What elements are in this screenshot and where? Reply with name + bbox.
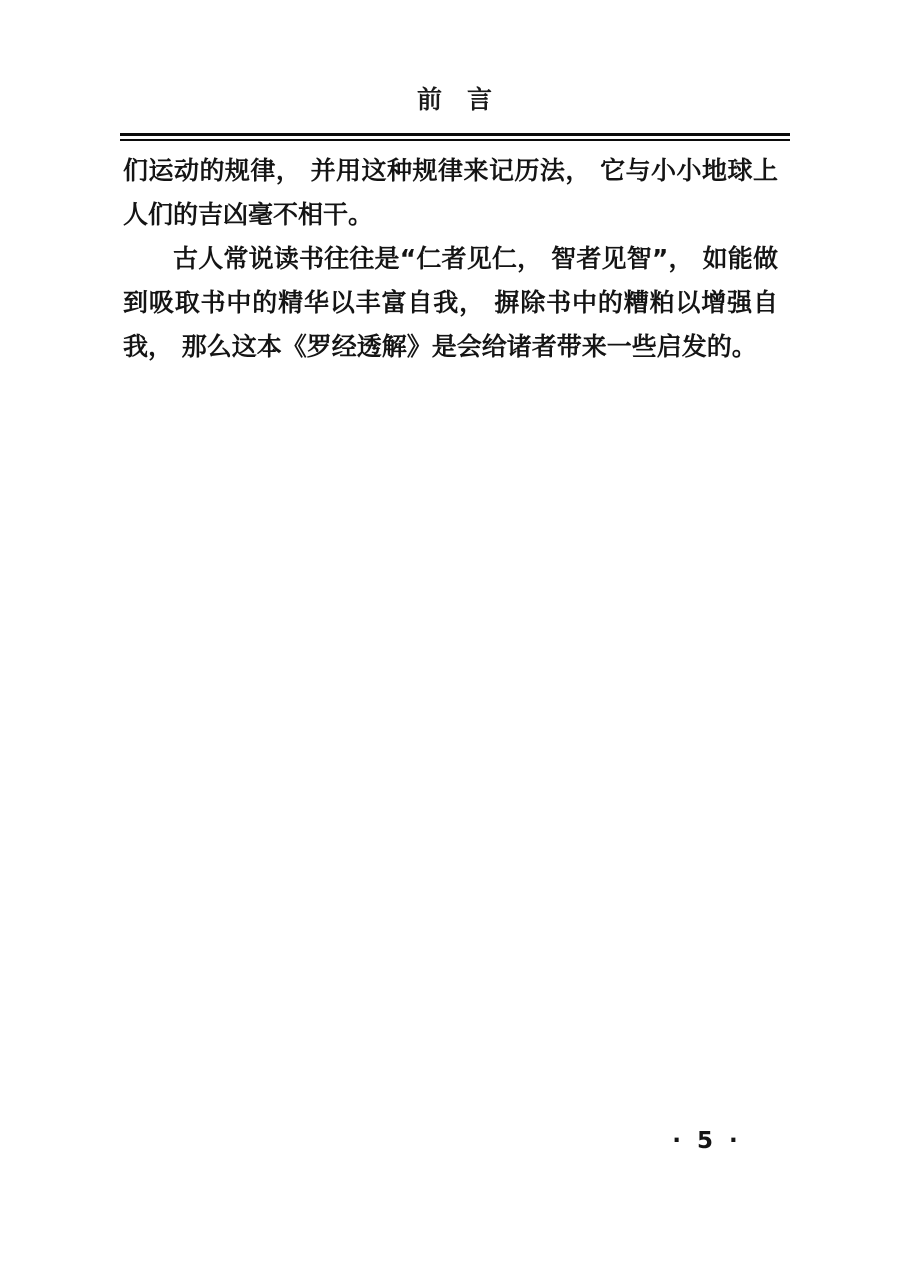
paragraph2-line2: 到吸取书中的精华以丰富自我， 摒除书中的糟粕以增强自 bbox=[123, 281, 778, 325]
book-page: 前 言 们运动的规律， 并用这种规律来记历法， 它与小小地球上 人们的吉凶毫不相… bbox=[0, 0, 909, 1286]
page-number: · 5 · bbox=[652, 1128, 762, 1154]
paragraph1-line2: 人们的吉凶毫不相干。 bbox=[123, 193, 778, 237]
body-text: 们运动的规律， 并用这种规律来记历法， 它与小小地球上 人们的吉凶毫不相干。 古… bbox=[123, 149, 778, 369]
paragraph2-line1: 古人常说读书往往是“仁者见仁， 智者见智”， 如能做 bbox=[123, 237, 778, 281]
paragraph2-line3: 我， 那么这本《罗经透解》是会给诸者带来一些启发的。 bbox=[123, 325, 778, 369]
paragraph1-line1: 们运动的规律， 并用这种规律来记历法， 它与小小地球上 bbox=[123, 149, 778, 193]
page-header-title: 前 言 bbox=[0, 80, 909, 116]
header-divider-rule bbox=[120, 133, 790, 141]
